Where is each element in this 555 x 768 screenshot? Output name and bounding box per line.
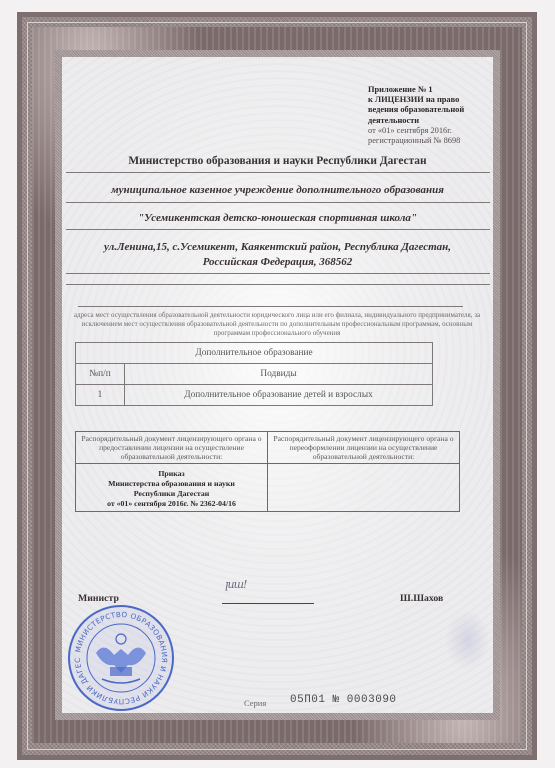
licence-header-subtypes: Подвиды [125, 364, 433, 385]
grant-order-line4: от «01» сентября 2016г. № 2362-04/16 [79, 499, 264, 509]
grant-order-line2: Министерства образования и науки [79, 479, 264, 489]
series-number: 05П01 № 0003090 [290, 694, 397, 706]
row-subtype: Дополнительное образование детей и взрос… [125, 385, 433, 406]
reissue-order [268, 464, 460, 512]
divider [66, 273, 490, 274]
official-seal-icon: МИНИСТЕРСТВО ОБРАЗОВАНИЯ И НАУКИ РЕСПУБЛ… [66, 603, 176, 713]
divider [66, 229, 490, 230]
divider [66, 284, 490, 285]
grant-order: Приказ Министерства образования и науки … [76, 464, 268, 512]
reissue-document-header: Распорядительный документ лицензирующего… [268, 432, 460, 464]
divider [66, 202, 490, 203]
address-line2: Российская Федерация, 368562 [62, 255, 493, 270]
grant-document-header: Распорядительный документ лицензирующего… [76, 432, 268, 464]
licence-section-title: Дополнительное образование [76, 343, 433, 364]
organization-type: муниципальное казенное учреждение дополн… [62, 184, 493, 196]
faint-stamp-mark [445, 610, 490, 670]
handwritten-signature: ꞁиш! [225, 578, 246, 591]
divider [78, 306, 463, 307]
issuer-name: Министерство образования и науки Республ… [62, 155, 493, 167]
grant-order-line3: Республики Дагестан [79, 489, 264, 499]
series-label: Серия [244, 698, 266, 708]
address-note: адреса мест осуществления образовательно… [66, 311, 488, 338]
appendix-line4: деятельности [368, 116, 498, 126]
address-line1: ул.Ленина,15, с.Усемикент, Каякентский р… [62, 240, 493, 255]
appendix-date: от «01» сентября 2016г. [368, 126, 498, 136]
divider [66, 172, 490, 173]
organization-address: ул.Ленина,15, с.Усемикент, Каякентский р… [62, 240, 493, 270]
licence-header-number: №п/п [76, 364, 125, 385]
appendix-line3: ведения образовательной [368, 105, 498, 115]
appendix-block: Приложение № 1 к ЛИЦЕНЗИИ на право веден… [368, 85, 498, 146]
orders-table: Распорядительный документ лицензирующего… [75, 431, 460, 512]
table-row: 1 Дополнительное образование детей и взр… [76, 385, 433, 406]
signature-line [222, 603, 314, 604]
licence-table: Дополнительное образование №п/п Подвиды … [75, 342, 433, 406]
row-number: 1 [76, 385, 125, 406]
appendix-registration: регистрационный № 8698 [368, 136, 498, 146]
appendix-line2: к ЛИЦЕНЗИИ на право [368, 95, 498, 105]
grant-order-line1: Приказ [79, 469, 264, 479]
appendix-line1: Приложение № 1 [368, 85, 498, 95]
organization-name: "Усемикентская детско-юношеская спортивн… [62, 212, 493, 224]
signatory-name: Ш.Шахов [400, 593, 443, 604]
